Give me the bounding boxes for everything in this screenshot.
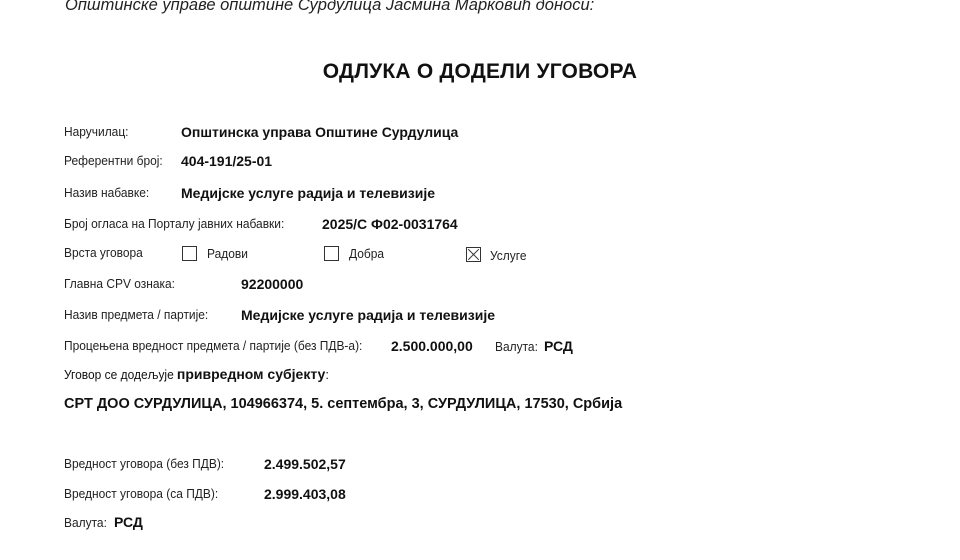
checkbox-goods-label: Добра	[349, 246, 384, 261]
awarded-to-bold: привредном субјекту	[177, 366, 325, 382]
cpv-label: Главна CPV ознака:	[64, 276, 175, 291]
contract-value-vat-label: Вредност уговора (са ПДВ):	[64, 486, 218, 501]
reference-number-label: Референтни број:	[64, 153, 163, 168]
procurement-name-value: Медијске услуге радија и телевизије	[181, 185, 435, 201]
subject-name-label: Назив предмета / партије:	[64, 307, 208, 322]
checkbox-goods[interactable]	[324, 246, 339, 261]
estimated-value-label: Процењена вредност предмета / партије (б…	[64, 338, 362, 353]
checkbox-services[interactable]	[466, 247, 481, 262]
currency-value: РСД	[114, 514, 143, 530]
notice-number-label: Број огласа на Порталу јавних набавки:	[64, 216, 284, 231]
awarded-to-line: Уговор се додељује привредном субјекту:	[64, 366, 329, 382]
cpv-value: 92200000	[241, 276, 303, 292]
contract-value-no-vat: 2.499.502,57	[264, 456, 346, 472]
subject-name-value: Медијске услуге радија и телевизије	[241, 307, 495, 323]
contract-value-vat: 2.999.403,08	[264, 486, 346, 502]
contract-value-no-vat-label: Вредност уговора (без ПДВ):	[64, 456, 224, 471]
checkbox-services-label: Услуге	[490, 248, 526, 263]
reference-number-value: 404-191/25-01	[181, 153, 272, 169]
procurement-name-label: Назив набавке:	[64, 185, 149, 200]
checkbox-works-label: Радови	[207, 246, 248, 261]
contract-type-label: Врста уговора	[64, 245, 143, 260]
estimated-value: 2.500.000,00	[391, 338, 473, 354]
currency-label: Валута:	[64, 515, 107, 530]
contracting-authority-value: Општинска управа Општине Сурдулица	[181, 124, 458, 140]
intro-line: Општинске управе општине Сурдулица Јасми…	[65, 0, 594, 15]
estimated-currency-value: РСД	[544, 338, 573, 354]
awarded-to-suffix: :	[325, 367, 329, 382]
estimated-currency-label: Валута:	[495, 339, 538, 354]
checkbox-works[interactable]	[182, 246, 197, 261]
supplier-details: СРТ ДОО СУРДУЛИЦА, 104966374, 5. септемб…	[64, 396, 622, 412]
notice-number-value: 2025/С Ф02-0031764	[322, 216, 458, 232]
awarded-to-prefix: Уговор се додељује	[64, 367, 174, 382]
document-title: ОДЛУКА О ДОДЕЛИ УГОВОРА	[0, 60, 960, 84]
contracting-authority-label: Наручилац:	[64, 124, 129, 139]
